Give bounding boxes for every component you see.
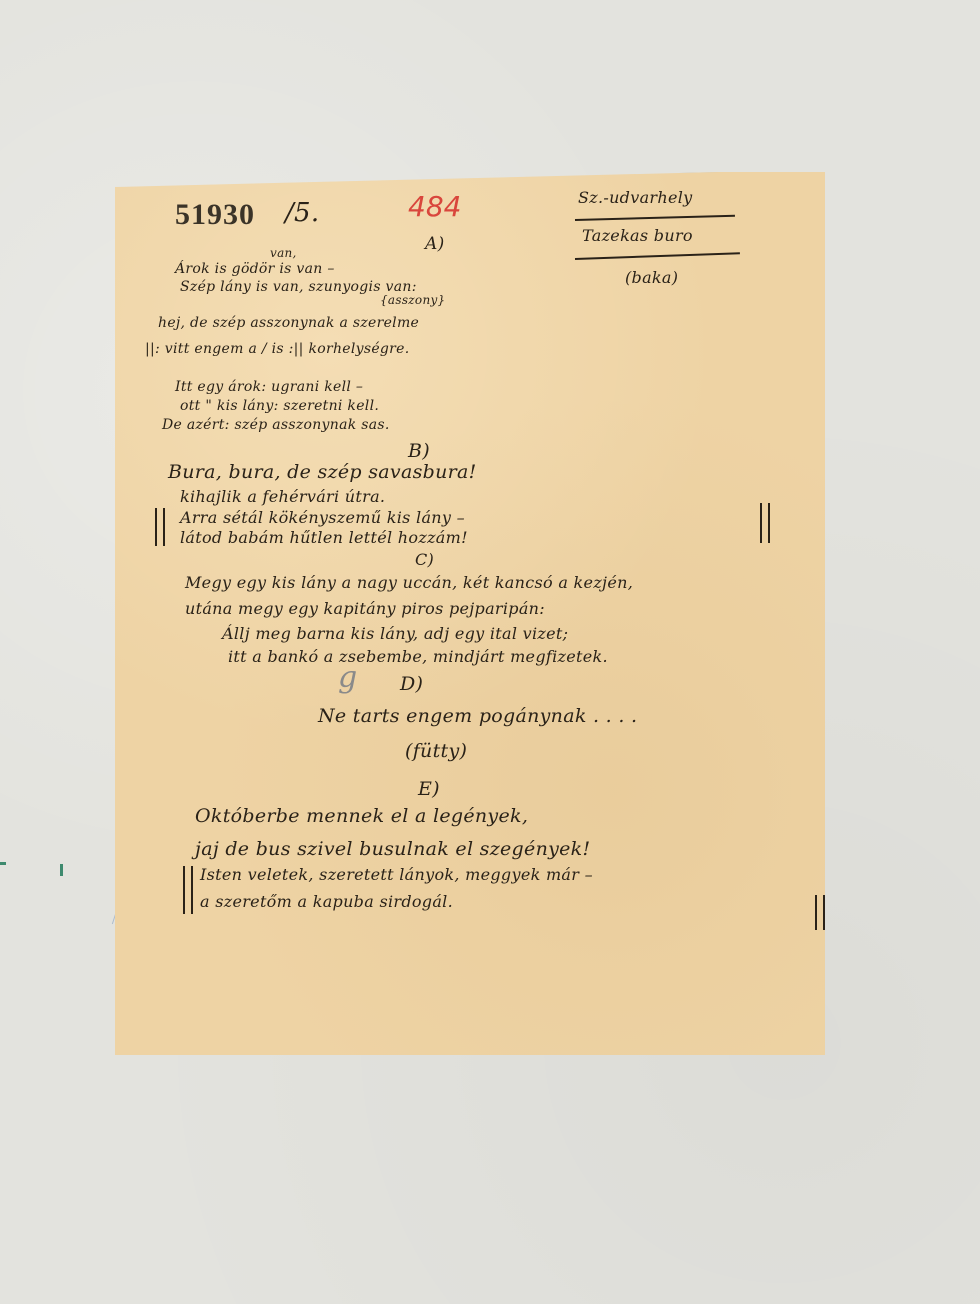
verse-line: Megy egy kis lány a nagy uccán, két kanc… xyxy=(185,573,633,592)
section-label-c: C) xyxy=(415,550,434,569)
archive-mount-board: 51930 /5. 484 Sz.-udvarhely Tazekas buro… xyxy=(0,0,980,1304)
verse-line: utána megy egy kapitány piros pejparipán… xyxy=(185,599,545,618)
inventory-stamp-number: 51930 xyxy=(175,198,255,232)
verse-line: Ne tarts engem pogánynak . . . . xyxy=(318,705,637,727)
section-label-d: D) xyxy=(400,673,423,695)
verse-line: (fütty) xyxy=(405,740,467,762)
section-label-e: E) xyxy=(418,778,440,800)
verse-line: ||: vitt engem a / is :|| korhelységre. xyxy=(145,341,410,357)
verse-line: látod babám hűtlen lettél hozzám! xyxy=(180,528,468,547)
interlinear-correction: van, xyxy=(270,246,297,260)
green-ink-mark xyxy=(60,864,63,876)
inventory-stamp-suffix: /5. xyxy=(285,198,319,228)
verse-line: Itt egy árok: ugrani kell – xyxy=(175,379,363,395)
verse-line: a szeretőm a kapuba sirdogál. xyxy=(200,892,453,911)
header-location: Sz.-udvarhely xyxy=(578,188,693,207)
verse-line: jaj de bus szivel busulnak el szegények! xyxy=(195,838,590,860)
verse-line: Októberbe mennek el a legények, xyxy=(195,805,528,827)
verse-line: Állj meg barna kis lány, adj egy ital vi… xyxy=(222,624,568,643)
header-title: Tazekas buro xyxy=(582,226,693,245)
header-note: (baka) xyxy=(625,268,678,287)
repeat-sign-end xyxy=(815,895,825,930)
verse-line: kihajlik a fehérvári útra. xyxy=(180,487,385,506)
interlinear-alternative: {asszony} xyxy=(380,293,446,307)
section-label-b: B) xyxy=(408,440,430,462)
archive-number: 484 xyxy=(408,190,461,223)
verse-line: Bura, bura, de szép savasbura! xyxy=(168,461,477,483)
verse-line: Arra sétál kökényszemű kis lány – xyxy=(180,508,465,527)
repeat-sign-start xyxy=(155,508,165,546)
pencil-mark: g xyxy=(338,660,357,695)
verse-line: hej, de szép asszonynak a szerelme xyxy=(158,315,419,331)
verse-line: De azért: szép asszonynak sas. xyxy=(162,417,390,433)
green-ink-mark xyxy=(0,862,6,865)
verse-line: Isten veletek, szeretett lányok, meggyek… xyxy=(200,865,593,884)
section-label-a: A) xyxy=(425,234,445,254)
verse-line: itt a bankó a zsebembe, mindjárt megfize… xyxy=(228,647,608,666)
repeat-sign-start xyxy=(183,866,193,914)
verse-line: Árok is gödör is van – xyxy=(175,261,335,277)
verse-line: ott " kis lány: szeretni kell. xyxy=(180,398,379,414)
repeat-sign-end xyxy=(760,503,770,543)
